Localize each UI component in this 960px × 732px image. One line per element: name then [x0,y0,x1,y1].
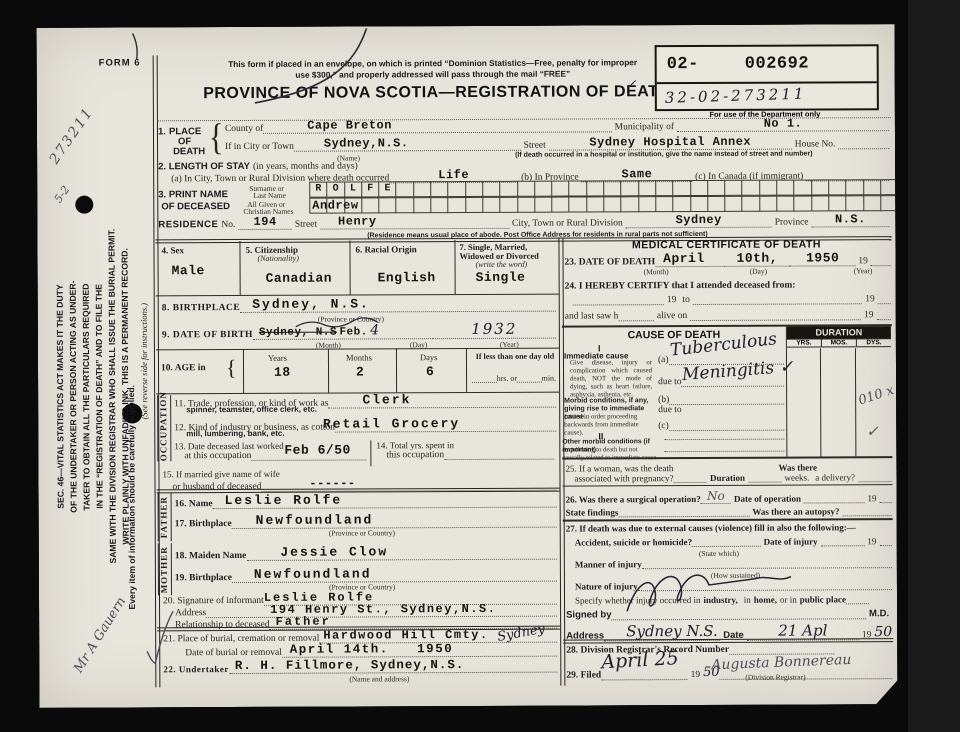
date-of-operation-label: Date of operation [731,494,804,504]
section-divider [563,638,893,643]
age-col-divider [243,349,244,393]
age-col-divider [396,348,397,392]
burial-place-value: Hardwood Hill Cmty. [323,628,488,643]
margin-file-number-2: 5-2 [52,183,73,205]
death-month-note: (Month) [644,267,669,276]
city-value: Sydney,N.S. [324,136,409,150]
hrs-label: hrs. or [497,374,517,383]
mother-section-tab: MOTHER [158,543,172,595]
margin-check-annotation: ✓ [866,422,879,440]
mother-maiden-label: 18. Maiden Name [175,551,247,561]
title-checkmark: ✓ [625,77,637,93]
cause-bottom-rule [562,456,892,459]
filed-label: 29. Filed [566,670,601,680]
dob-struck-value: Sydney, N.S [259,327,337,339]
external-causes-label: 27. If death was due to external causes … [566,522,856,533]
municipality-label: Municipality of [612,122,677,132]
state-findings-label: State findings [566,507,619,517]
city-label: If in City or Town [225,142,294,152]
scan-border-band [908,0,960,732]
item18-row: 18. Maiden Name Jessie Clow [175,546,557,562]
trade-value: Clerk [362,392,411,407]
cause-ii-line [664,451,784,453]
last-saw-label: and last saw h [565,311,619,321]
father-birthplace-note: (Province or Country) [329,528,395,537]
given-name-letter-boxes [309,195,898,214]
item1-county-row: County of Cape Breton Municipality of No… [225,118,889,134]
trade-label2: spinner, teamster, office clerk, etc. [186,405,317,415]
street-label: Street [521,141,549,151]
item24-row2: 19 to 19 [573,294,891,305]
mother-birthplace-value: Newfoundland [254,566,372,582]
item23-row: 23. DATE OF DEATH April 10th, 1950 19 [565,252,891,267]
checkmark: ✓ [779,357,795,378]
date-of-death-label: 23. DATE OF DEATH [565,257,656,267]
duration-dys-header: DYS. [857,339,891,346]
item13-14-divider [370,440,371,466]
cause-ii-line [664,439,784,441]
how-sustained-note: (How sustained) [711,571,760,580]
death-day: 10th, [736,251,778,266]
dob-month: Feb. [339,326,367,338]
age-days-value: 6 [426,364,434,379]
printed-19: 19 [864,536,879,546]
industry-label2: mill, lumbering, bank, etc. [186,429,284,438]
form-title: PROVINCE OF NOVA SCOTIA—REGISTRATION OF … [177,83,697,103]
item27-specify-row: Specify whether injury occurred in indus… [575,594,892,605]
item26-row2: State findings Was there an autopsy? [566,506,892,517]
divider [563,518,893,521]
signed-by-label: Signed by [566,609,611,620]
divider [563,484,893,486]
item1-label: DEATH [173,146,205,157]
residence-city-value: Sydney [676,213,722,227]
printed-19: 19 [855,256,871,266]
racial-origin-label: 6. Racial Origin [355,244,416,254]
undertaker-note: (Name and address) [349,674,409,683]
item1-brace: { [209,117,224,160]
municipality-value: No 1. [764,117,803,131]
dob-day: 4 [370,322,379,338]
item14-row2: this occupation [386,450,554,461]
item27-nature-row: Nature of injury [575,580,892,591]
margin-file-number: 273211 [46,104,96,167]
stamp-number: 002692 [745,55,809,74]
residence-row: RESIDENCE No. 194 Street Henry City, Tow… [158,214,889,230]
dob-year: 1932 [471,320,517,338]
pen-stroke [133,33,138,59]
autopsy-label: Was there an autopsy? [749,506,842,516]
delivery-label: a delivery? [812,472,858,482]
registration-number-stamp: 02- 002692 32-02-273211 [655,44,879,111]
cell-divider [349,241,350,295]
age-less-note: If less than one day old [472,352,558,361]
burial-date-value: April 14th. [290,642,389,656]
birthplace-label: 8. BIRTHPLACE [162,303,241,313]
age-table-top [156,348,559,351]
margin-statute-text: SEC. 46—VITAL STATISTICS ACT MAKES IT TH… [53,223,137,569]
stay-city-value: Life [438,168,469,182]
manner-of-injury-label: Manner of injury [575,559,642,569]
age-label: 10. AGE in [161,363,206,373]
printed-19: 19 [862,294,878,304]
cause-b-label: (b) [658,395,669,405]
specify-industry: industry, [700,595,740,605]
residence-no-label: No. [218,220,238,230]
specify-home: home, [754,595,777,605]
cause-a-label: (a) [658,355,669,365]
citizenship-sublabel: (Nationality) [258,254,299,263]
surgical-operation-label: 26. Was there a surgical operation? [566,494,701,505]
residence-street-value: Henry [338,214,377,228]
cause-b-row: (b) [658,395,784,406]
physician-date-value: 21 Apl [778,621,827,639]
stamp-prefix: 02- [667,55,699,74]
residence-city-label: City, Town or Rural Division [509,218,626,229]
printed-19: 19 [864,493,879,503]
item19-row: 19. Birthplace Newfoundland [175,568,557,584]
medical-certificate-title: MEDICAL CERTIFICATE OF DEATH [561,238,891,251]
cell-divider [454,240,455,294]
specify-or-in: or in [777,595,800,605]
filed-date-value: April 25 [601,647,679,673]
given-name-value: Andrew [312,198,358,212]
age-years-header: Years [268,353,287,363]
citizenship-value: Canadian [266,271,332,286]
age-days-header: Days [420,352,438,362]
md-label: M.D. [866,608,892,619]
racial-origin-value: English [378,270,436,285]
item1-number: 1. [158,126,166,137]
residence-province-value: N.S. [835,212,866,226]
specify-label: Specify whether injury occurred in [575,595,701,606]
stamp-handwritten-number: 32-02-273211 [665,82,877,106]
was-there-label: Was there [778,462,817,472]
surgical-operation-value: No [707,489,725,503]
to-label: to [679,295,692,305]
print-name-label: 3. PRINT NAME [158,189,228,200]
item21-row2: Date of burial or removal April 14th. 19… [185,644,557,659]
dob-label: 9. DATE OF BIRTH [162,330,253,340]
marital-sublabel: (write the word) [476,260,528,269]
form-number: FORM 6 [99,57,141,68]
residence-province-label: Province [772,217,812,227]
sex-value: Male [172,263,205,278]
item25-row2: associated with pregnancy? Duration week… [574,472,891,483]
burial-date-label: Date of burial or removal [185,648,282,658]
mother-maiden-value: Jessie Clow [280,544,388,559]
sex-label: 4. Sex [161,245,184,255]
last-worked-value: Feb 6/50 [284,443,350,458]
specify-public-place: public place [800,594,846,604]
father-name-value: Leslie Rolfe [225,493,343,509]
county-value: Cape Breton [307,118,392,132]
certificate-paper: 273211 5-2 SEC. 46—VITAL STATISTICS ACT … [37,24,898,708]
scanned-death-certificate: 273211 5-2 SEC. 46—VITAL STATISTICS ACT … [0,0,960,732]
death-year: 1950 [806,250,839,265]
specify-in: in [741,595,754,605]
item26-row1: 26. Was there a surgical operation? No D… [566,490,892,504]
industry-value: Retail Grocery [323,416,460,432]
margin-every-item-text: Every item of information should be care… [126,357,137,609]
residence-street-label: Street [292,220,320,230]
father-birthplace-label: 17. Birthplace [175,519,232,529]
cause-c-label: (c) [658,421,669,431]
age-months-header: Months [346,352,372,362]
age-months-value: 2 [356,364,364,379]
age-years-value: 18 [274,365,291,380]
item8-row: 8. BIRTHPLACE Sydney, N.S. [162,298,556,314]
duration-header: DURATION [787,326,891,339]
certify-label: 24. I HEREBY CERTIFY that I attended dec… [565,281,796,292]
last-worked-label1: 13. Date deceased last worked [174,441,283,451]
total-yrs-label1: 14. Total yrs. spent in [376,440,454,450]
margin-reverse-side-note: (See reverse side for instructions.) [138,207,149,419]
total-yrs-label2: this occupation [386,450,444,460]
min-label: min. [542,374,556,383]
division-registrar-note: (Division Registrar) [745,673,805,682]
burial-year-value: 1950 [417,642,453,656]
last-worked-label2: at this occupation [184,451,251,461]
street-value: Sydney Hospital Annex [589,135,751,150]
spouse-label1: 15. If married give name of wife [162,469,279,480]
undertaker-value: R. H. Fillmore, Sydney,N.S. [235,658,465,673]
age-brace: { [226,355,237,381]
age-hrs-row: hrs. or min. [472,374,556,383]
print-name-label2: OF DECEASED [161,201,230,212]
house-no-label: House No. [792,139,839,149]
duration-label: Duration [707,473,748,483]
marital-value: Single [476,270,526,285]
item17-row: 17. Birthplace Newfoundland [175,514,557,530]
death-year-note: (Year) [854,266,873,275]
weeks-label: weeks. [781,472,812,482]
printed-19: 19 [861,310,877,320]
birthplace-value: Sydney, N.S. [252,296,370,312]
occupation-section-tab: OCCUPATION [157,395,171,461]
pregnancy-label2: associated with pregnancy? [574,473,673,483]
immediate-cause-text: Give disease, injury or complication whi… [570,359,652,399]
date-of-injury-label: Date of injury [761,536,821,546]
item22-row: 22. Undertaker R. H. Fillmore, Sydney,N.… [163,660,557,675]
item24-row3: and last saw h alive on 19 [565,310,891,321]
residence-no-value: 194 [253,215,276,229]
duration-mos-header: MOS. [822,339,857,346]
death-day-note: (Day) [750,267,768,276]
stay-province-value: Same [621,167,652,181]
residence-label: RESIDENCE [158,219,218,230]
punch-hole-icon [75,196,93,214]
duration-yrs-header: YRS. [787,339,822,346]
due-to-label-2: due to [658,405,682,415]
county-label: County of [225,124,263,134]
item27-manner-row: Manner of injury [575,558,892,569]
signed-by-row: Signed by M.D. [566,608,892,620]
father-birthplace-value: Newfoundland [256,512,374,528]
nature-of-injury-label: Nature of injury [575,581,638,591]
father-section-tab: FATHER [158,493,172,541]
morbid-conditions-text: (stated in order proceeding backwards fr… [564,413,654,437]
surname-sublabel2: Last Name [253,191,286,200]
printed-19: 19 [664,295,680,305]
section-divider [157,488,560,494]
accident-label: Accident, suicide or homicide? [575,537,692,548]
physician-address-value: Sydney N.S. [626,622,718,640]
state-which-note: (State which) [699,549,739,558]
mother-birthplace-label: 19. Birthplace [175,573,232,583]
item16-row: 16. Name Leslie Rolfe [175,494,557,510]
father-name-label: 16. Name [175,499,213,509]
age-col-divider [466,348,467,392]
item27-accident-row: Accident, suicide or homicide? Date of i… [575,536,892,547]
margin-handwritten-name: Mr A Gauern [71,595,129,676]
due-to-label: due to [658,377,682,387]
age-col-divider [328,349,329,393]
cell-divider [239,241,240,295]
death-month: April [663,251,705,266]
printed-19: 19 [688,670,704,680]
item9-row: 9. DATE OF BIRTH Sydney, N.S Feb. 4 1932 [162,324,556,341]
cause-c-row: (c) [658,421,784,432]
pregnancy-label1: 25. If a woman, was the death [565,463,673,473]
alive-on-label: alive on [654,311,690,321]
undertaker-label: 22. Undertaker [163,664,229,674]
envelope-note-line2: use $300,” and properly addressed will p… [169,68,697,80]
